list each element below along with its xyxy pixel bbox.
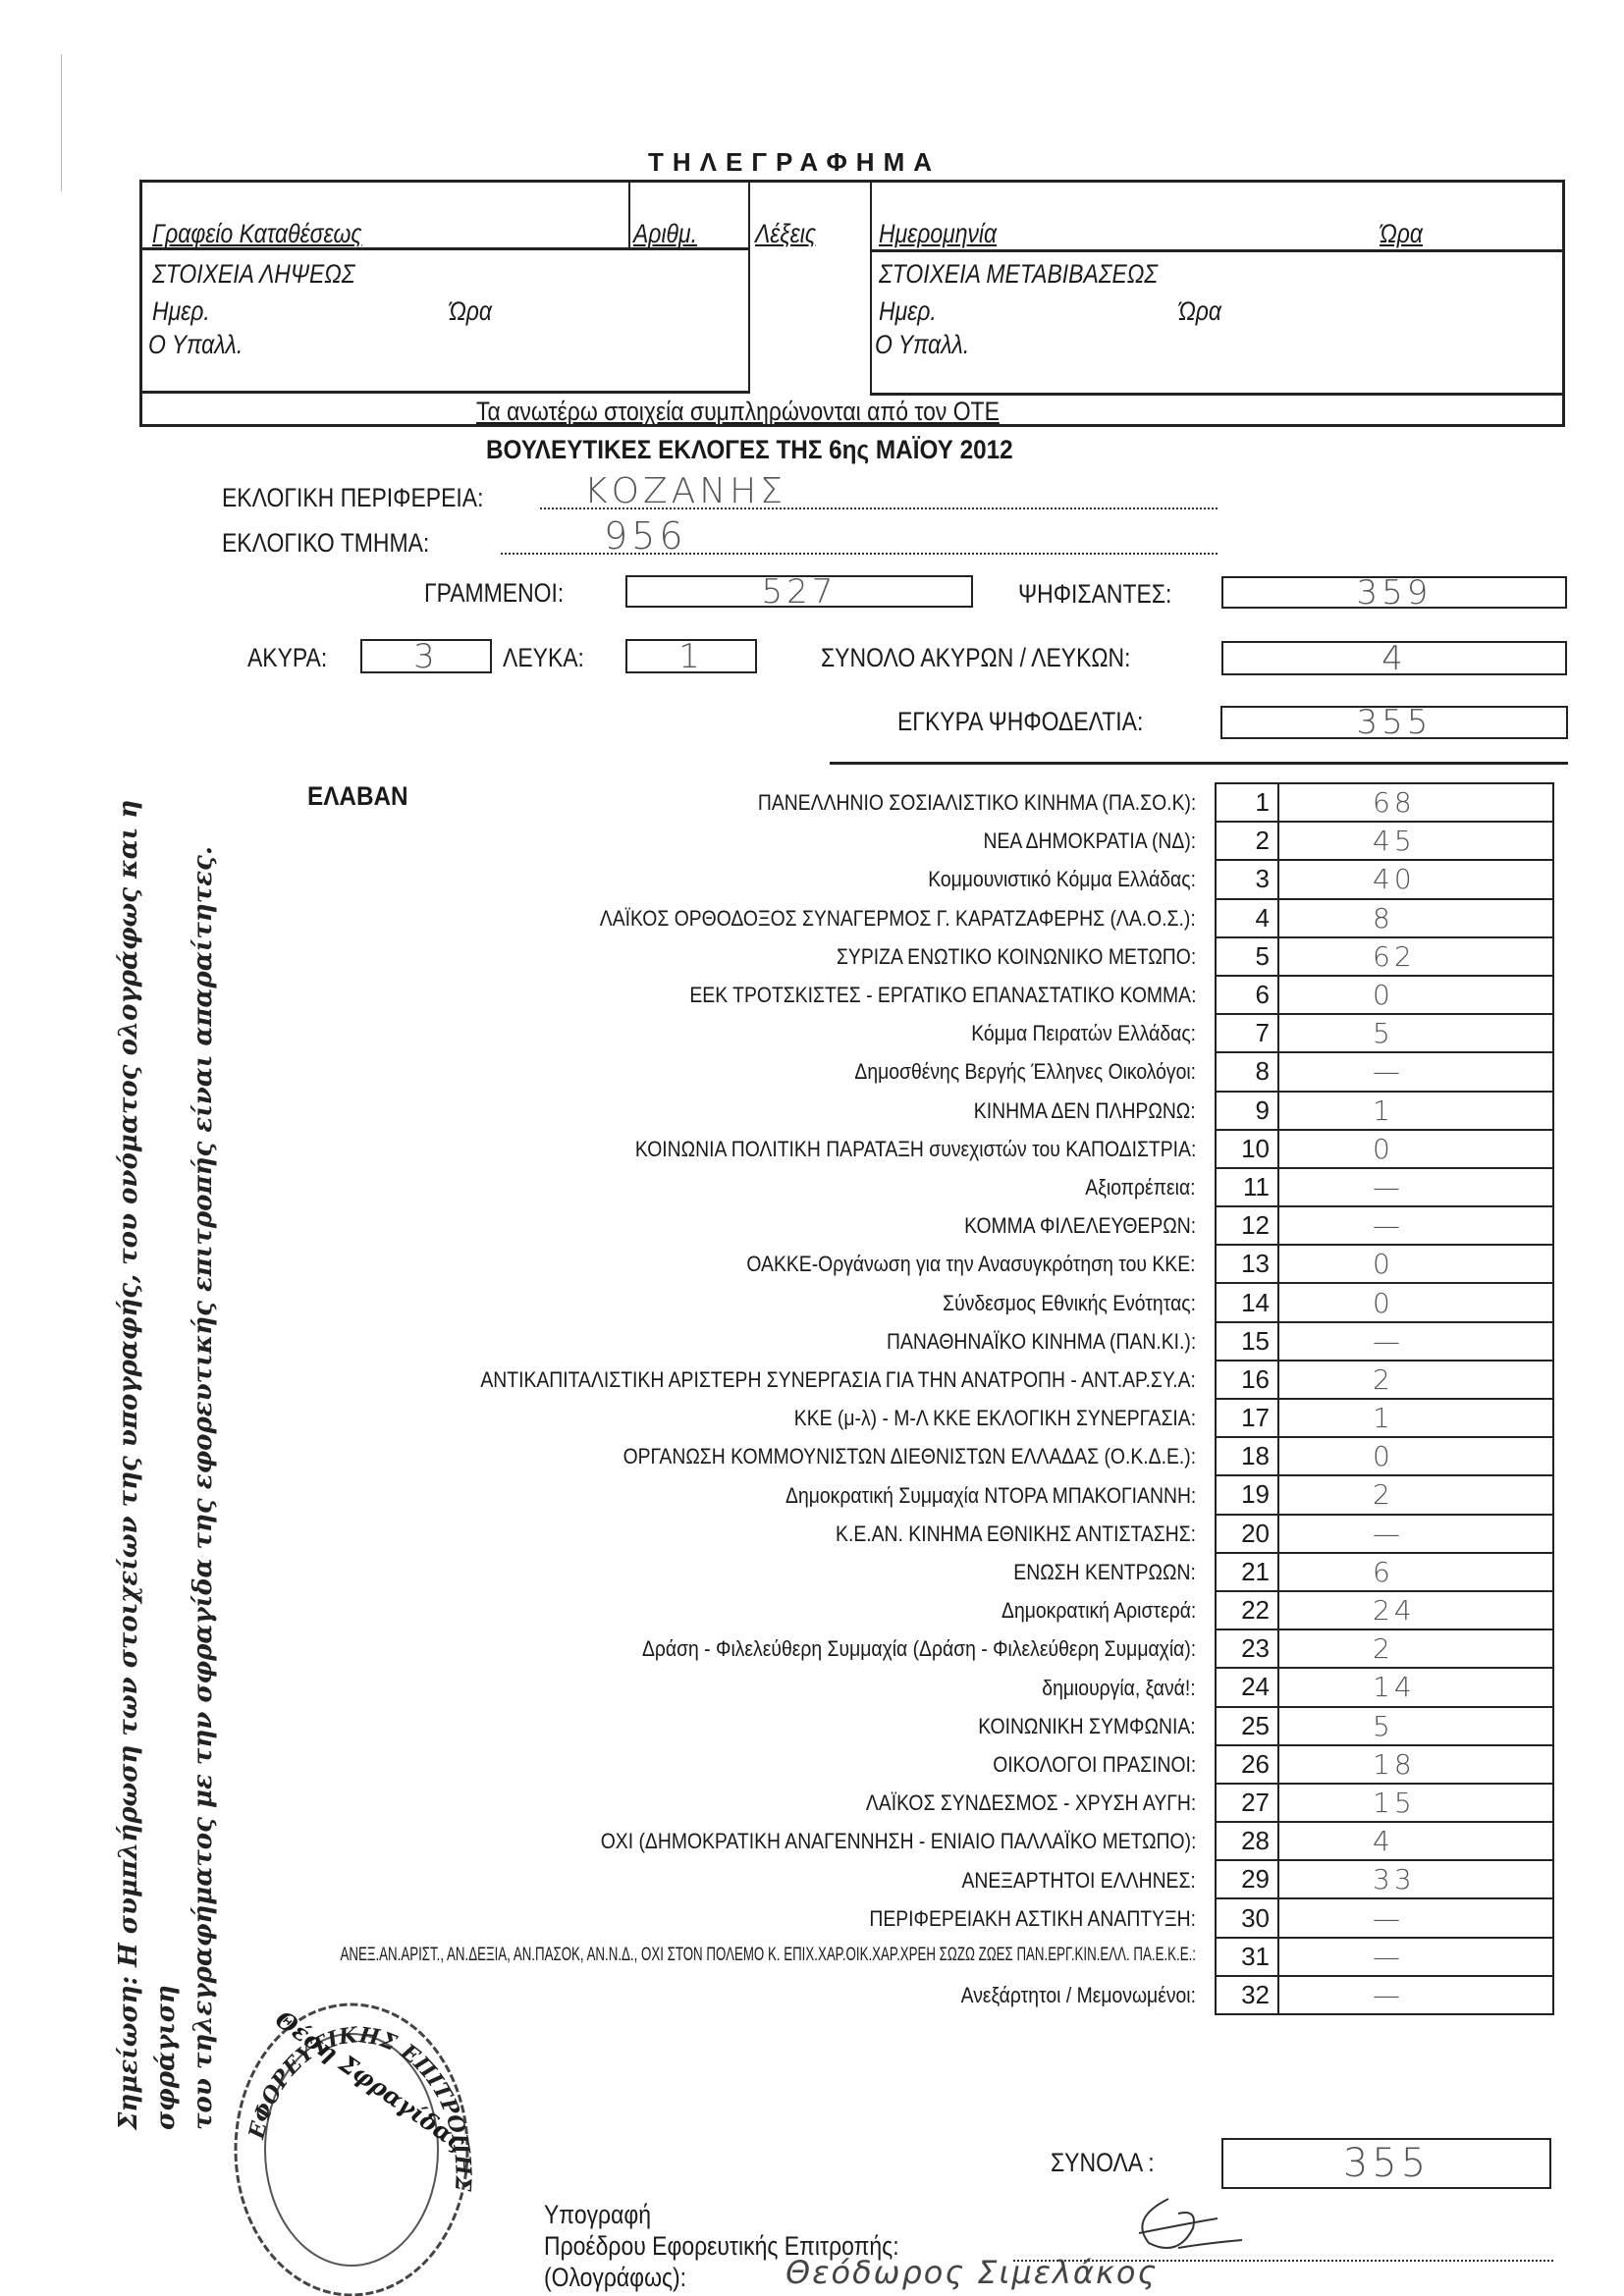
invalid-box[interactable]: 3: [360, 639, 492, 673]
receipt-heading: ΣΤΟΙΧΕΙΑ ΛΗΨΕΩΣ: [152, 259, 354, 290]
party-name: ΚΟΙΝΩΝΙΚΗ ΣΥΜΦΩΝΙΑ:: [979, 1714, 1196, 1739]
svg-text:ΕΦΟΡΕΥΤΙΚΗΣ ΕΠΙΤΡΟΠΗΣ: ΕΦΟΡΕΥΤΙΚΗΣ ΕΠΙΤΡΟΠΗΣ: [244, 2022, 476, 2192]
margin-mark: [61, 54, 62, 191]
party-votes-cell[interactable]: 1: [1278, 1092, 1553, 1130]
table-row: 340: [1216, 860, 1553, 898]
signature-fullname-label: (Ολογράφως):: [544, 2263, 686, 2293]
party-votes: 45: [1373, 825, 1416, 857]
party-number: 16: [1216, 1361, 1278, 1399]
party-number: 9: [1216, 1092, 1278, 1130]
party-votes-cell[interactable]: —: [1278, 1168, 1553, 1206]
party-votes-cell[interactable]: 68: [1278, 783, 1553, 822]
party-name: δημιουργία, ξανά!:: [1043, 1676, 1196, 1701]
results-table: 1682453404856260758—9110011—12—13014015—…: [1215, 782, 1554, 2015]
party-name: ΑΝΤΙΚΑΠΙΤΑΛΙΣΤΙΚΗ ΑΡΙΣΤΕΡΗ ΣΥΝΕΡΓΑΣΙΑ ΓΙ…: [480, 1367, 1196, 1393]
transmission-clerk-label: Ο Υπαλλ.: [875, 330, 969, 360]
party-name: ΚΙΝΗΜΑ ΔΕΝ ΠΛΗΡΩΝΩ:: [974, 1098, 1196, 1124]
table-row: 75: [1216, 1014, 1553, 1052]
table-row: 15—: [1216, 1322, 1553, 1361]
party-votes-cell[interactable]: 18: [1278, 1745, 1553, 1784]
party-votes-cell[interactable]: 0: [1278, 1245, 1553, 1283]
party-number: 25: [1216, 1707, 1278, 1745]
invalid-label: ΑΚΥΡΑ:: [247, 643, 327, 673]
transmission-heading: ΣΤΟΙΧΕΙΑ ΜΕΤΑΒΙΒΑΣΕΩΣ: [879, 259, 1158, 290]
side-note-line1: Σημείωση: Η συμπλήρωση των στοιχείων της…: [110, 756, 185, 2130]
table-row: 255: [1216, 1707, 1553, 1745]
registered-box[interactable]: 527: [625, 575, 973, 608]
party-name: Αξιοπρέπεια:: [1086, 1175, 1196, 1201]
invalid-blank-total-value: 4: [1223, 643, 1565, 673]
table-row: 2224: [1216, 1591, 1553, 1629]
totals-label: ΣΥΝΟΛΑ :: [1051, 2148, 1155, 2178]
party-number: 22: [1216, 1591, 1278, 1629]
receipt-day-label: Ημερ.: [152, 296, 210, 327]
table-row: 562: [1216, 937, 1553, 976]
table-row: 180: [1216, 1437, 1553, 1475]
party-votes: 14: [1373, 1671, 1416, 1703]
table-row: 48: [1216, 899, 1553, 937]
voted-box[interactable]: 359: [1221, 576, 1567, 609]
party-votes-cell[interactable]: 45: [1278, 822, 1553, 860]
divider: [142, 391, 748, 394]
table-row: 2414: [1216, 1668, 1553, 1706]
party-number: 23: [1216, 1629, 1278, 1668]
party-name: Κομμουνιστικό Κόμμα Ελλάδας:: [928, 867, 1196, 892]
party-number: 28: [1216, 1822, 1278, 1860]
side-note: Σημείωση: Η συμπλήρωση των στοιχείων της…: [110, 756, 222, 2130]
party-votes-cell[interactable]: 5: [1278, 1707, 1553, 1745]
party-name: Δημοκρατική Αριστερά:: [1001, 1598, 1196, 1624]
party-votes-cell[interactable]: 8: [1278, 899, 1553, 937]
party-name: ΝΕΑ ΔΗΜΟΚΡΑΤΙΑ (ΝΔ):: [983, 828, 1196, 854]
party-votes: 15: [1373, 1787, 1416, 1819]
party-name: ΟΑΚΚΕ-Οργάνωση για την Ανασυγκρότηση του…: [747, 1252, 1196, 1277]
invalid-blank-total-box[interactable]: 4: [1221, 641, 1567, 675]
party-number: 5: [1216, 937, 1278, 976]
signature-label: Υπογραφή: [544, 2200, 651, 2230]
ote-note: Τα ανωτέρω στοιχεία συμπληρώνονται από τ…: [476, 397, 1000, 427]
totals-value: 355: [1223, 2140, 1549, 2187]
table-row: 20—: [1216, 1515, 1553, 1553]
party-number: 3: [1216, 860, 1278, 898]
table-row: 140: [1216, 1283, 1553, 1321]
party-number: 32: [1216, 1976, 1278, 2014]
table-row: 91: [1216, 1092, 1553, 1130]
party-votes: —: [1373, 1171, 1404, 1203]
party-votes-cell[interactable]: —: [1278, 1515, 1553, 1553]
blank-label: ΛΕΥΚΑ:: [503, 643, 584, 673]
party-votes: 5: [1373, 1710, 1394, 1742]
party-votes-cell[interactable]: 0: [1278, 1130, 1553, 1168]
table-row: 32—: [1216, 1976, 1553, 2014]
transmission-hour-label: Ώρα: [1178, 296, 1221, 327]
party-name: ΚΟΙΝΩΝΙΑ ΠΟΛΙΤΙΚΗ ΠΑΡΑΤΑΞΗ συνεχιστών το…: [635, 1137, 1196, 1162]
party-name: ΟΙΚΟΛΟΓΟΙ ΠΡΑΣΙΝΟΙ:: [993, 1752, 1196, 1778]
words-label: Λέξεις: [755, 219, 816, 249]
district-value[interactable]: ΚΟΖΑΝΗΣ: [584, 471, 786, 511]
table-row: 130: [1216, 1245, 1553, 1283]
party-votes: 8: [1373, 902, 1394, 934]
invalid-blank-total-label: ΣΥΝΟΛΟ ΑΚΥΡΩΝ / ΛΕΥΚΩΝ:: [821, 643, 1130, 673]
party-number: 31: [1216, 1938, 1278, 1976]
divider: [830, 762, 1568, 765]
table-row: 8—: [1216, 1052, 1553, 1091]
party-votes: 62: [1373, 940, 1416, 973]
party-votes-cell[interactable]: —: [1278, 1206, 1553, 1245]
party-votes: 2: [1373, 1363, 1394, 1396]
party-votes: —: [1373, 1325, 1404, 1358]
table-row: 232: [1216, 1629, 1553, 1668]
party-name: ΛΑΪΚΟΣ ΣΥΝΔΕΣΜΟΣ - ΧΡΥΣΗ ΑΥΓΗ:: [866, 1790, 1196, 1816]
party-votes: 1: [1373, 1095, 1394, 1127]
time-label: Ώρα: [1380, 219, 1423, 249]
party-name: ΠΑΝΕΛΛΗΝΙΟ ΣΟΣΙΑΛΙΣΤΙΚΟ ΚΙΝΗΜΑ (ΠΑ.ΣΟ.Κ)…: [758, 790, 1196, 816]
divider: [870, 183, 872, 394]
party-votes-cell[interactable]: 1: [1278, 1399, 1553, 1437]
party-votes-cell[interactable]: —: [1278, 1938, 1553, 1976]
table-row: 216: [1216, 1553, 1553, 1591]
party-votes: 33: [1373, 1863, 1416, 1896]
party-votes: 0: [1373, 1133, 1394, 1165]
district-label: ΕΚΛΟΓΙΚΗ ΠΕΡΙΦΕΡΕΙΑ:: [222, 483, 483, 513]
party-votes-cell[interactable]: 2: [1278, 1629, 1553, 1668]
election-title: ΒΟΥΛΕΥΤΙΚΕΣ ΕΚΛΟΓΕΣ ΤΗΣ 6ης ΜΑΪΟΥ 2012: [486, 435, 1013, 465]
party-name: ΚΚΕ (μ-λ) - Μ-Λ ΚΚΕ ΕΚΛΟΓΙΚΗ ΣΥΝΕΡΓΑΣΙΑ:: [794, 1406, 1196, 1431]
telegram-title: ΤΗΛΕΓΡΑΦΗΜΑ: [648, 147, 941, 178]
totals-box[interactable]: 355: [1221, 2138, 1551, 2189]
party-name: Δράση - Φιλελεύθερη Συμμαχία (Δράση - Φι…: [642, 1636, 1196, 1662]
party-number: 14: [1216, 1283, 1278, 1321]
blank-value: 1: [627, 641, 755, 671]
date-label: Ημερομηνία: [879, 219, 997, 249]
table-row: 2618: [1216, 1745, 1553, 1784]
telegram-header-box: Γραφείο Καταθέσεως Αριθμ. Λέξεις Ημερομη…: [139, 180, 1565, 427]
blank-box[interactable]: 1: [625, 639, 757, 673]
party-votes-cell[interactable]: 33: [1278, 1860, 1553, 1898]
party-name: ΠΕΡΙΦΕΡΕΙΑΚΗ ΑΣΤΙΚΗ ΑΝΑΠΤΥΞΗ:: [869, 1906, 1196, 1932]
registered-value: 527: [627, 577, 971, 606]
party-name: Δημοσθένης Βεργής Έλληνες Οικολόγοι:: [854, 1059, 1196, 1085]
party-votes-cell[interactable]: —: [1278, 1322, 1553, 1361]
table-row: 2933: [1216, 1860, 1553, 1898]
party-votes: —: [1373, 1055, 1404, 1088]
transmission-day-label: Ημερ.: [879, 296, 937, 327]
party-name: Κόμμα Πειρατών Ελλάδας:: [971, 1021, 1196, 1046]
party-votes: 2: [1373, 1478, 1394, 1511]
receipt-clerk-label: Ο Υπαλλ.: [148, 330, 243, 360]
side-note-line2: του τηλεγραφήματος με την σφραγίδα της ε…: [185, 756, 222, 2130]
party-number: 30: [1216, 1898, 1278, 1937]
party-number: 27: [1216, 1784, 1278, 1822]
section-value[interactable]: 956: [604, 514, 687, 558]
party-votes: —: [1373, 1209, 1404, 1242]
receipt-hour-label: Ώρα: [449, 296, 492, 327]
party-votes-cell[interactable]: 0: [1278, 1283, 1553, 1321]
party-number: 13: [1216, 1245, 1278, 1283]
party-name: ΟΧΙ (ΔΗΜΟΚΡΑΤΙΚΗ ΑΝΑΓΕΝΝΗΣΗ - ΕΝΙΑΙΟ ΠΑΛ…: [600, 1829, 1196, 1854]
party-name: ΛΑΪΚΟΣ ΟΡΘΟΔΟΞΟΣ ΣΥΝΑΓΕΡΜΟΣ Γ. ΚΑΡΑΤΖΑΦΕ…: [600, 906, 1196, 932]
party-votes-cell[interactable]: 0: [1278, 976, 1553, 1014]
party-votes: 40: [1373, 863, 1416, 895]
party-number: 6: [1216, 976, 1278, 1014]
party-name: ΟΡΓΑΝΩΣΗ ΚΟΜΜΟΥΝΙΣΤΩΝ ΔΙΕΘΝΙΣΤΩΝ ΕΛΛΑΔΑΣ…: [623, 1444, 1196, 1469]
divider: [870, 393, 1565, 396]
party-number: 8: [1216, 1052, 1278, 1091]
party-votes: 6: [1373, 1556, 1394, 1588]
party-votes: 0: [1373, 1248, 1394, 1280]
party-votes: 24: [1373, 1594, 1416, 1627]
table-row: 12—: [1216, 1206, 1553, 1245]
party-votes: 18: [1373, 1748, 1416, 1781]
party-votes: 2: [1373, 1632, 1394, 1665]
divider: [870, 249, 1565, 252]
party-votes-cell[interactable]: —: [1278, 1052, 1553, 1091]
party-votes: —: [1373, 1518, 1404, 1550]
party-number: 26: [1216, 1745, 1278, 1784]
party-number: 29: [1216, 1860, 1278, 1898]
number-label: Αριθμ.: [633, 219, 697, 249]
deposit-office-label: Γραφείο Καταθέσεως: [152, 219, 362, 249]
party-name: ΕΕΚ ΤΡΟΤΣΚΙΣΤΕΣ - ΕΡΓΑΤΙΚΟ ΕΠΑΝΑΣΤΑΤΙΚΟ …: [689, 983, 1196, 1008]
party-name: Δημοκρατική Συμμαχία ΝΤΟΡΑ ΜΠΑΚΟΓΙΑΝΝΗ:: [785, 1483, 1196, 1509]
party-name: ΠΑΝΑΘΗΝΑΪΚΟ ΚΙΝΗΜΑ (ΠΑΝ.ΚΙ.):: [887, 1329, 1196, 1355]
party-number: 17: [1216, 1399, 1278, 1437]
party-number: 4: [1216, 899, 1278, 937]
party-votes-cell[interactable]: 0: [1278, 1437, 1553, 1475]
party-name: Σύνδεσμος Εθνικής Ενότητας:: [943, 1291, 1196, 1316]
table-row: 245: [1216, 822, 1553, 860]
party-votes: —: [1373, 1902, 1404, 1935]
valid-value: 355: [1222, 708, 1566, 737]
party-name: Κ.Ε.ΑΝ. ΚΙΝΗΜΑ ΕΘΝΙΚΗΣ ΑΝΤΙΣΤΑΣΗΣ:: [836, 1522, 1196, 1547]
party-votes: 68: [1373, 786, 1416, 819]
party-number: 21: [1216, 1553, 1278, 1591]
party-votes-cell[interactable]: 2: [1278, 1361, 1553, 1399]
table-row: 171: [1216, 1399, 1553, 1437]
party-votes: 0: [1373, 1287, 1394, 1319]
table-row: 168: [1216, 783, 1553, 822]
divider: [628, 183, 630, 248]
party-votes: 1: [1373, 1402, 1394, 1434]
results-heading: ΕΛΑΒΑΝ: [307, 781, 408, 812]
table-row: 30—: [1216, 1898, 1553, 1937]
stamp-ring-text: ΕΦΟΡΕΥΤΙΚΗΣ ΕΠΙΤΡΟΠΗΣ: [244, 2022, 476, 2192]
party-name: ΑΝΕΞ.ΑΝ.ΑΡΙΣΤ., ΑΝ.ΔΕΞΙΑ, ΑΝ.ΠΑΣΟΚ, ΑΝ.Ν…: [341, 1945, 1197, 1966]
party-votes: 0: [1373, 1440, 1394, 1472]
party-number: 1: [1216, 783, 1278, 822]
party-votes: 5: [1373, 1017, 1394, 1049]
party-name: Ανεξάρτητοι / Μεμονωμένοι:: [961, 1983, 1196, 2008]
voted-label: ΨΗΦΙΣΑΝΤΕΣ:: [1018, 579, 1171, 610]
party-votes-cell[interactable]: 2: [1278, 1475, 1553, 1514]
valid-label: ΕΓΚΥΡΑ ΨΗΦΟΔΕΛΤΙΑ:: [897, 707, 1143, 737]
table-row: 11—: [1216, 1168, 1553, 1206]
party-votes-cell[interactable]: 4: [1278, 1822, 1553, 1860]
party-number: 20: [1216, 1515, 1278, 1553]
party-votes-cell[interactable]: 6: [1278, 1553, 1553, 1591]
table-row: 162: [1216, 1361, 1553, 1399]
table-row: 284: [1216, 1822, 1553, 1860]
party-votes: —: [1373, 1941, 1404, 1973]
party-votes-cell[interactable]: 40: [1278, 860, 1553, 898]
party-name: ΑΝΕΞΑΡΤΗΤΟΙ ΕΛΛΗΝΕΣ:: [962, 1868, 1196, 1894]
party-votes-cell[interactable]: 14: [1278, 1668, 1553, 1706]
party-votes-cell[interactable]: 5: [1278, 1014, 1553, 1052]
party-votes: —: [1373, 1979, 1404, 2011]
invalid-value: 3: [362, 641, 490, 671]
valid-box[interactable]: 355: [1220, 706, 1568, 739]
section-label: ΕΚΛΟΓΙΚΟ ΤΜΗΜΑ:: [222, 528, 429, 559]
party-number: 19: [1216, 1475, 1278, 1514]
party-number: 24: [1216, 1668, 1278, 1706]
party-number: 15: [1216, 1322, 1278, 1361]
party-votes-cell[interactable]: 24: [1278, 1591, 1553, 1629]
party-votes-cell[interactable]: 15: [1278, 1784, 1553, 1822]
table-row: 192: [1216, 1475, 1553, 1514]
table-row: 31—: [1216, 1938, 1553, 1976]
party-votes-cell[interactable]: —: [1278, 1898, 1553, 1937]
party-number: 12: [1216, 1206, 1278, 1245]
party-number: 2: [1216, 822, 1278, 860]
party-number: 7: [1216, 1014, 1278, 1052]
registered-label: ΓΡΑΜΜΕΝΟΙ:: [424, 578, 564, 609]
signature-scribble-icon: [1110, 2189, 1267, 2268]
party-name: ΚΟΜΜΑ ΦΙΛΕΛΕΥΘΕΡΩΝ:: [964, 1213, 1196, 1239]
voted-value: 359: [1223, 578, 1565, 607]
party-votes: 4: [1373, 1825, 1394, 1857]
table-row: 2715: [1216, 1784, 1553, 1822]
signature-name-handwritten[interactable]: Θεόδωρος Σιμελάκος: [785, 2254, 1158, 2291]
divider: [748, 183, 750, 394]
party-votes-cell[interactable]: —: [1278, 1976, 1553, 2014]
party-votes-cell[interactable]: 62: [1278, 937, 1553, 976]
party-number: 18: [1216, 1437, 1278, 1475]
party-number: 11: [1216, 1168, 1278, 1206]
party-name: ΣΥΡΙΖΑ ΕΝΩΤΙΚΟ ΚΟΙΝΩΝΙΚΟ ΜΕΤΩΠΟ:: [837, 944, 1196, 970]
table-row: 100: [1216, 1130, 1553, 1168]
party-name: ΕΝΩΣΗ ΚΕΝΤΡΩΩΝ:: [1013, 1560, 1196, 1585]
party-number: 10: [1216, 1130, 1278, 1168]
party-votes: 0: [1373, 979, 1394, 1011]
table-row: 60: [1216, 976, 1553, 1014]
